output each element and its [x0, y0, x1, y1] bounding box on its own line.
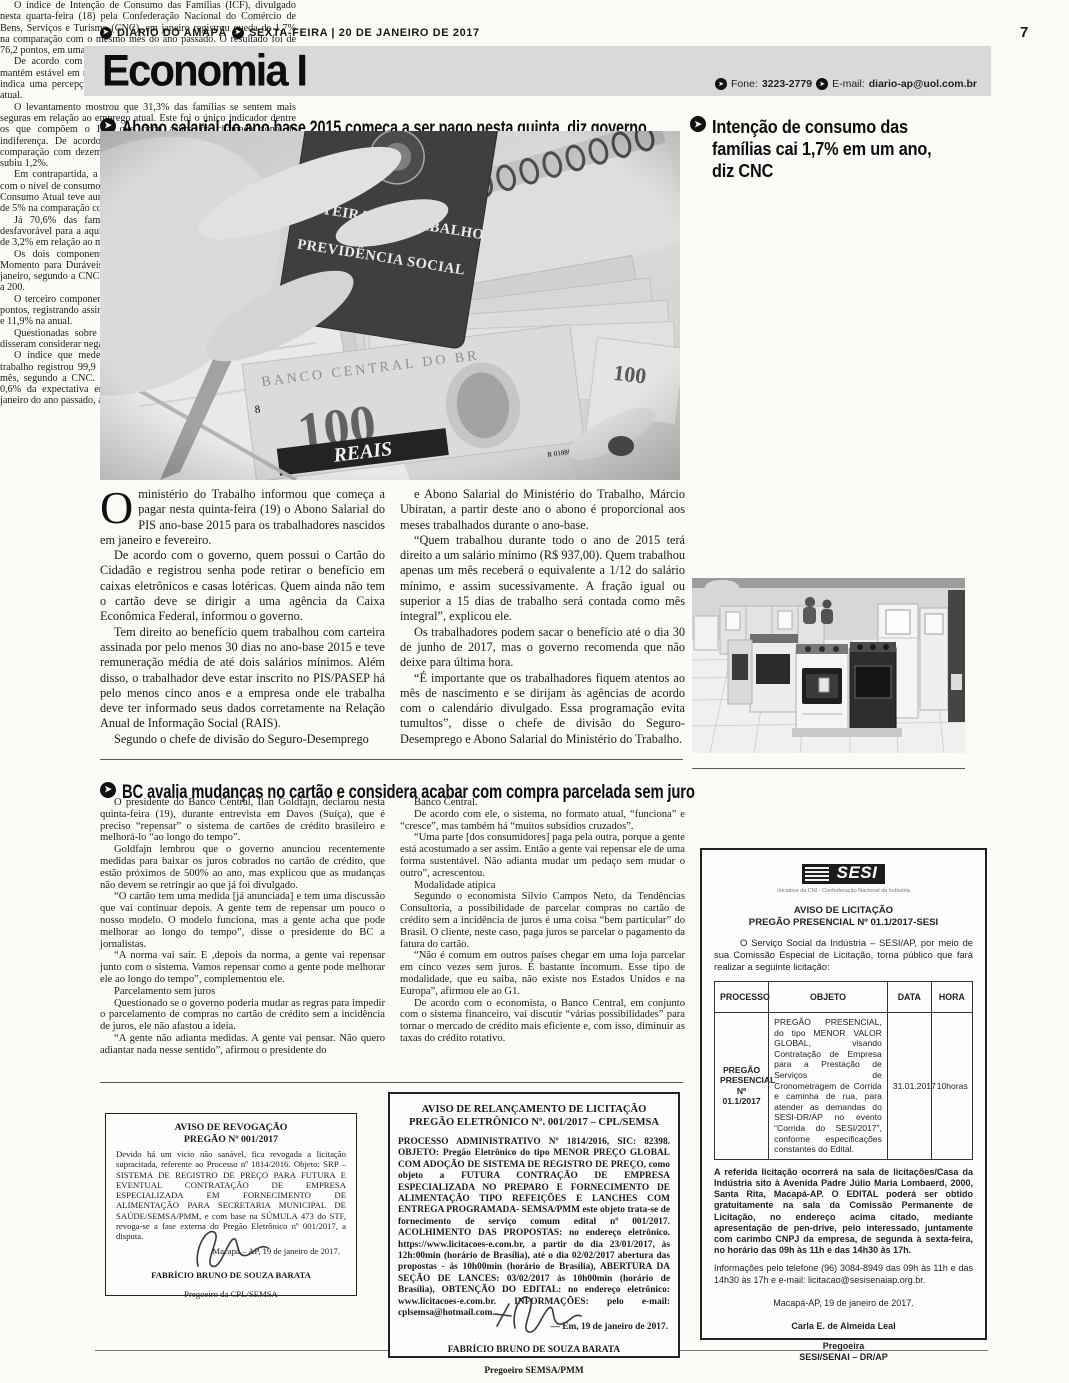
revogacao-title-line2: PREGÃO Nº 001/2017	[184, 1134, 278, 1145]
sesi-title-line2: PREGÃO PRESENCIAL Nº 01.1/2017-SESI	[749, 917, 938, 928]
lead-text: ministério do Trabalho informou que come…	[100, 487, 385, 547]
col-header-objeto: OBJETO	[769, 982, 888, 1013]
abono-article-body: Oministério do Trabalho informou que com…	[100, 487, 685, 747]
drop-cap: O	[100, 487, 138, 527]
divider-rule	[692, 768, 965, 769]
sesi-place-date: Macapá-AP, 19 de janeiro de 2017.	[714, 1298, 973, 1309]
section-band: Economia I ➤ Fone: 3223-2779 ➤ E-mail: d…	[84, 46, 991, 96]
paragraph: “A gente não adianta medidas. A gente va…	[100, 1033, 385, 1057]
sesi-role-line1: Pregoeira	[823, 1341, 865, 1351]
sesi-body-1: A referida licitação ocorrerá na sala de…	[714, 1167, 973, 1257]
paragraph: Questionado se o governo poderia mudar a…	[100, 998, 385, 1033]
sesi-title-line1: AVISO DE LICITAÇÃO	[794, 905, 893, 916]
paragraph: De acordo com ele, o sistema, no formato…	[400, 809, 685, 833]
sesi-logo-text: SESI	[832, 864, 886, 884]
bc-col-2: Banco Central.De acordo com ele, o siste…	[400, 797, 685, 1057]
cell-data: 31.01.2017	[887, 1013, 931, 1160]
edition-date: SEXTA-FEIRA | 20 DE JANEIRO DE 2017	[249, 27, 480, 39]
phone-number: 3223-2779	[762, 78, 812, 90]
page-number: 7	[1020, 24, 1029, 41]
relancamento-body: PROCESSO ADMINISTRATIVO Nº 1814/2016, SI…	[398, 1137, 670, 1320]
revogacao-title-line1: AVISO DE REVOGAÇÃO	[175, 1122, 288, 1133]
cell-objeto: PREGÃO PRESENCIAL, do tipo MENOR VALOR G…	[769, 1013, 888, 1160]
abono-col-2: e Abono Salarial do Ministério do Trabal…	[400, 487, 685, 747]
paragraph: “A norma vai sair. E ,depois da norma, a…	[100, 950, 385, 985]
sesi-logo: SESI	[714, 864, 973, 884]
email-label: E-mail:	[832, 78, 865, 90]
paragraph: Banco Central.	[400, 797, 685, 809]
abono-col1-paragraphs: De acordo com o governo, quem possui o C…	[100, 548, 385, 747]
headline-bullet-icon: ➤	[100, 782, 116, 798]
edition-bullet-icon: ➤	[232, 27, 244, 39]
sesi-role-line2: SESI/SENAI – DR/AP	[799, 1352, 888, 1362]
phone-bullet-icon: ➤	[715, 78, 727, 90]
sesi-logo-subtitle: Iniciativa da CNI - Confederação Naciona…	[714, 886, 973, 897]
headline-cnc-text: Intenção de consumo das famílias cai 1,7…	[712, 116, 955, 182]
relancamento-notice: AVISO DE RELANÇAMENTO DE LICITAÇÃO PREGÃ…	[388, 1092, 680, 1358]
sesi-licitacao-table: PROCESSO OBJETO DATA HORA PREGÃO PRESENC…	[714, 981, 973, 1160]
paragraph: “Quem trabalhou durante todo o ano de 20…	[400, 533, 685, 625]
email-bullet-icon: ➤	[816, 78, 828, 90]
cell-processo: PREGÃO PRESENCIAL Nº 01.1/2017	[715, 1013, 769, 1160]
revogacao-notice: AVISO DE REVOGAÇÃO PREGÃO Nº 001/2017 De…	[105, 1113, 357, 1296]
sesi-logo-icon	[802, 864, 832, 884]
relancamento-date: — Em, 19 de janeiro de 2017.	[398, 1322, 668, 1333]
table-row: PREGÃO PRESENCIAL Nº 01.1/2017 PREGÃO PR…	[715, 1013, 973, 1160]
revogacao-title: AVISO DE REVOGAÇÃO PREGÃO Nº 001/2017	[116, 1122, 346, 1146]
masthead: ➤ DIÁRIO DO AMAPÁ ➤ SEXTA-FEIRA | 20 DE …	[100, 24, 1029, 41]
sesi-notice-title: AVISO DE LICITAÇÃO PREGÃO PRESENCIAL Nº …	[714, 905, 973, 929]
paragraph: Tem direito ao benefício quem trabalhou …	[100, 625, 385, 732]
paper-logo-icon: ➤	[100, 27, 112, 39]
bc-article-body: O presidente do Banco Central, Ilan Gold…	[100, 797, 685, 1057]
paragraph: Parcelamento sem juros	[100, 986, 385, 998]
paragraph: De acordo com o governo, quem possui o C…	[100, 548, 385, 624]
photo-work-card-and-money: 100 BANCO CENTRAL DO BR 100 REAIS R 0188…	[100, 131, 680, 480]
photo-appliance-store	[692, 578, 965, 753]
revogacao-place-date: Macapá – AP, 19 de janeiro de 2017.	[116, 1246, 340, 1256]
paragraph: “Não é comum em outros países chegar em …	[400, 950, 685, 997]
section-title: Economia I	[102, 46, 306, 96]
paragraph: Segundo o chefe de divisão do Seguro-Des…	[100, 732, 385, 747]
paragraph: Segundo o economista Silvio Campos Neto,…	[400, 891, 685, 950]
col-header-data: DATA	[887, 982, 931, 1013]
paragraph: O presidente do Banco Central, Ilan Gold…	[100, 797, 385, 844]
sesi-signer-role: Pregoeira SESI/SENAI – DR/AP	[714, 1341, 973, 1363]
headline-bullet-icon: ➤	[690, 116, 706, 132]
bc-col2-paragraphs: Banco Central.De acordo com ele, o siste…	[400, 797, 685, 1045]
email-address: diario-ap@uol.com.br	[869, 78, 977, 90]
phone-label: Fone:	[731, 78, 758, 90]
paragraph: Modalidade atípica	[400, 880, 685, 892]
contact-line: ➤ Fone: 3223-2779 ➤ E-mail: diario-ap@uo…	[715, 78, 977, 96]
divider-rule	[100, 1082, 683, 1083]
revogacao-signer-name: FABRÍCIO BRUNO DE SOUZA BARATA	[116, 1270, 346, 1280]
paragraph: “É importante que os trabalhadores fique…	[400, 671, 685, 747]
sesi-body-2: Informações pelo telefone (96) 3084-8949…	[714, 1263, 973, 1285]
paragraph: De acordo com o economista, o Banco Cent…	[400, 998, 685, 1045]
sesi-licitacao-notice: SESI Iniciativa da CNI - Confederação Na…	[700, 848, 987, 1340]
col-header-processo: PROCESSO	[715, 982, 769, 1013]
newspaper-page: ➤ DIÁRIO DO AMAPÁ ➤ SEXTA-FEIRA | 20 DE …	[0, 0, 1069, 1383]
sesi-signer-name: Carla E. de Almeida Leal	[714, 1321, 973, 1332]
revogacao-body: Devido há um vicio não sanável, fica rev…	[116, 1149, 346, 1242]
paragraph: “O cartão tem uma medida [já anunciada] …	[100, 891, 385, 950]
lead-paragraph: Oministério do Trabalho informou que com…	[100, 487, 385, 548]
col-header-hora: HORA	[931, 982, 972, 1013]
relancamento-signer-role: Pregoeiro SEMSA/PMM	[398, 1366, 670, 1377]
cell-hora: 10horas	[931, 1013, 972, 1160]
bc-col-1: O presidente do Banco Central, Ilan Gold…	[100, 797, 385, 1057]
divider-rule	[100, 759, 683, 760]
paragraph: “Uma parte [dos consumidores] paga pela …	[400, 832, 685, 879]
abono-col-1: Oministério do Trabalho informou que com…	[100, 487, 385, 747]
bc-col1-paragraphs: O presidente do Banco Central, Ilan Gold…	[100, 797, 385, 1057]
relancamento-signer-name: FABRÍCIO BRUNO DE SOUZA BARATA	[398, 1345, 670, 1356]
relancamento-title: AVISO DE RELANÇAMENTO DE LICITAÇÃO PREGÃ…	[406, 1103, 662, 1129]
paper-brand: DIÁRIO DO AMAPÁ	[117, 27, 227, 39]
abono-col2-paragraphs: e Abono Salarial do Ministério do Trabal…	[400, 487, 685, 747]
paragraph: Goldfajn lembrou que o governo anunciou …	[100, 844, 385, 891]
headline-cnc: ➤ Intenção de consumo das famílias cai 1…	[690, 116, 988, 182]
paragraph: e Abono Salarial do Ministério do Trabal…	[400, 487, 685, 533]
table-header-row: PROCESSO OBJETO DATA HORA	[715, 982, 973, 1013]
revogacao-signer-role: Pregoeiro da CPL/SEMSA	[116, 1289, 346, 1299]
paragraph: Os trabalhadores podem sacar o benefício…	[400, 625, 685, 671]
sesi-intro: O Serviço Social da Indústria – SESI/AP,…	[714, 937, 973, 973]
